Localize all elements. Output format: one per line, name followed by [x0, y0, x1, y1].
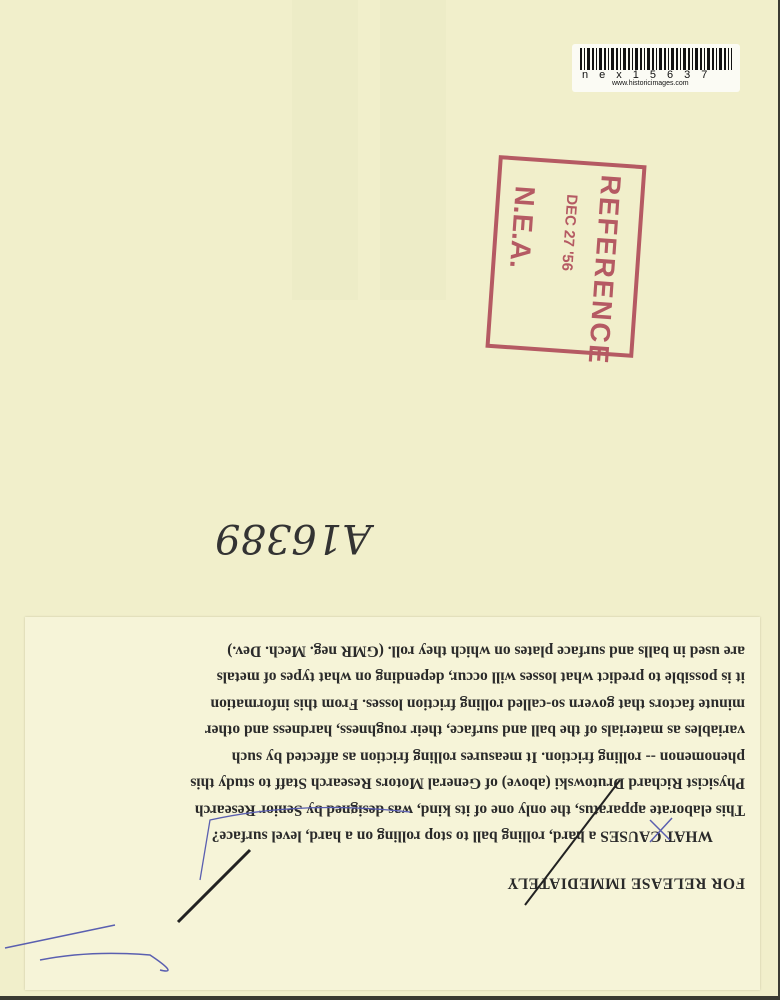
pen-marks	[0, 0, 780, 1000]
photo-back-paper: nex15637 www.historicimages.com REFERENC…	[0, 0, 778, 996]
